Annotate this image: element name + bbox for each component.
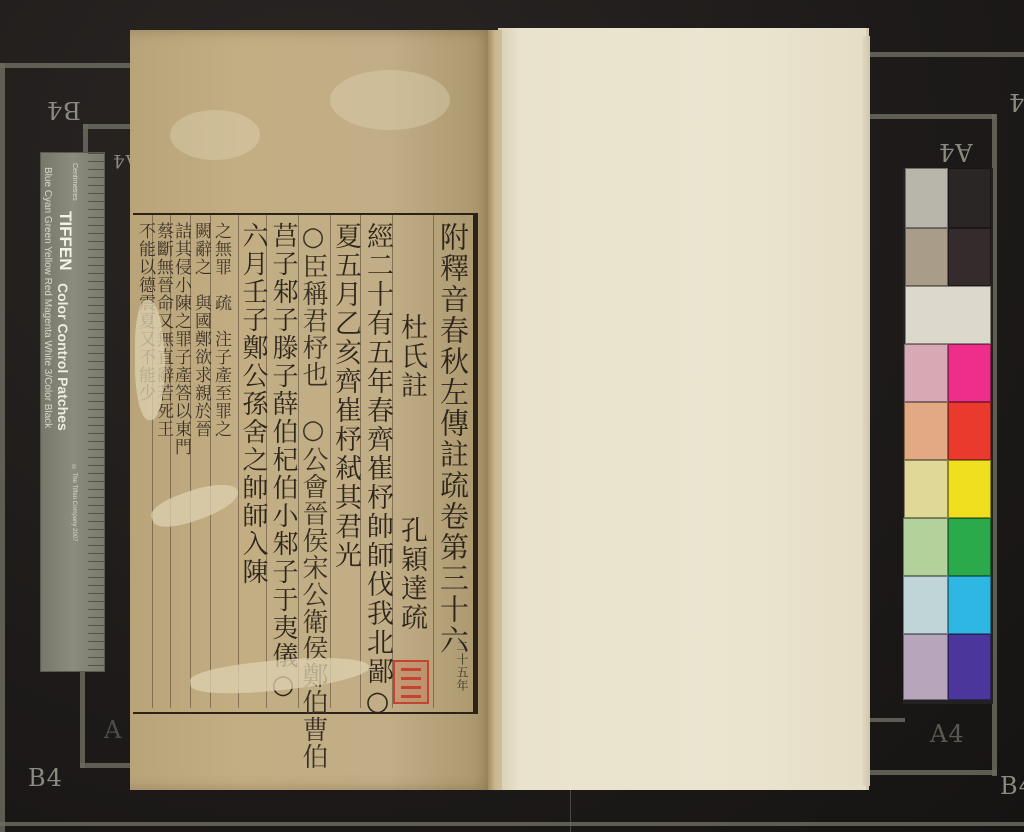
commentary-column: 闕辭之 與國鄭欲求親於晉 [192, 222, 209, 438]
patch-white [905, 286, 991, 344]
color-calibration-chart [903, 168, 993, 704]
guide-line [0, 63, 130, 68]
patch-light-red [904, 402, 948, 460]
patch-gray-light [905, 168, 948, 228]
ruler-ticks [88, 153, 104, 671]
patch-dark-brown [948, 228, 991, 286]
patch-green [948, 518, 991, 576]
patch-light-blue [903, 634, 948, 700]
guide-line [870, 52, 1024, 57]
size-label-b4: B4 [1008, 88, 1024, 116]
tiffen-color-ruler: Blue Cyan Green Yellow Red Magenta White… [40, 152, 105, 672]
patch-light-magenta [904, 344, 948, 402]
text-column: 莒子邾子滕子薛伯杞伯小邾子于夷儀○ [270, 222, 296, 702]
guide-line [570, 790, 571, 832]
guide-line [870, 770, 997, 775]
guide-line [83, 124, 133, 129]
patch-magenta [948, 344, 991, 402]
guide-line [870, 718, 905, 722]
red-seal-stamp [393, 660, 429, 704]
text-column: 夏五月乙亥齊崔杼弒其君光 [332, 222, 359, 570]
commentary-column: ○臣稱君杼也 ○公會晉侯宋公衛侯鄭伯曹伯 [300, 222, 326, 770]
guide-line [0, 822, 1024, 826]
patch-red [948, 402, 991, 460]
size-label-b4: B4 [46, 96, 81, 124]
patch-light-green [903, 518, 948, 576]
size-label-b4: B4 [28, 764, 63, 792]
guide-line [870, 114, 995, 119]
guide-line [80, 763, 130, 768]
patch-black [948, 168, 991, 228]
book-gutter [488, 30, 502, 790]
patch-blue [948, 634, 991, 700]
text-column: 經二十有五年春齊崔杼帥師伐我北鄙○ [364, 222, 391, 719]
guide-line [0, 63, 5, 832]
ruler-copyright: © The Tiffen Company 2007 [71, 465, 77, 542]
title-column: 附釋音春秋左傳註疏卷第三十六 [438, 222, 467, 656]
patch-yellow [948, 460, 991, 518]
ruler-brand: TIFFEN [55, 211, 75, 271]
margin-note: 二十五年 [456, 640, 468, 692]
ruler-title: Color Control Patches [55, 283, 71, 431]
text-column: 六月壬子鄭公孫舍之帥師入陳 [240, 222, 266, 586]
size-label-b4: B4 [1000, 772, 1024, 800]
commentary-column: 詰其侵小陳之罪子產答以東門 [172, 222, 189, 456]
ruler-color-labels: Blue Cyan Green Yellow Red Magenta White… [42, 167, 53, 428]
patch-cyan [948, 576, 991, 634]
right-page-blank [498, 28, 869, 790]
patch-tan [905, 228, 948, 286]
commentary-column: 之無罪 疏 注子產至罪之 [212, 222, 229, 438]
page-edge [862, 36, 870, 786]
author-column: 杜氏註 孔穎達疏 [398, 226, 425, 632]
ruler-units-label: Centimetres [71, 163, 78, 201]
size-label-a4: A [104, 716, 122, 744]
size-label-a4: A4 [930, 720, 965, 748]
guide-line [80, 670, 85, 768]
patch-light-yellow [904, 460, 948, 518]
size-label-a4: A4 [938, 138, 973, 166]
patch-light-cyan [903, 576, 948, 634]
frame-rule [473, 215, 476, 712]
